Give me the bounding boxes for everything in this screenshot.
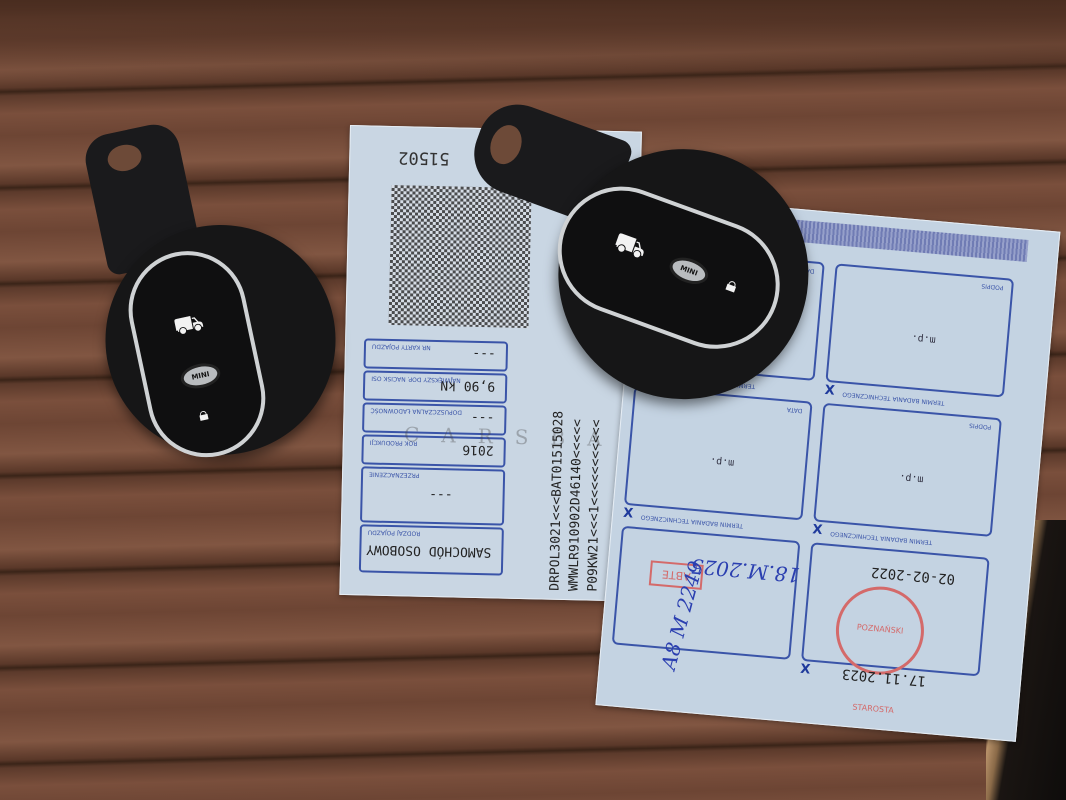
inspection-cell: PODPISm.p.XTERMIN BADANIA TECHNICZNEGO: [825, 263, 1014, 397]
inspection-cell-stamped: 02-02-2022 POZNAŃSKI STAROSTA 17.11.2023…: [801, 542, 990, 676]
trunk-icon: ⛟: [171, 307, 207, 344]
document-serial: 51502: [398, 147, 450, 168]
trunk-icon: ⛟: [608, 227, 650, 270]
mini-logo-icon: MINI: [178, 360, 222, 392]
lock-icon: 🔒︎: [723, 271, 741, 297]
field-purpose: ---PRZEZNACZENIE: [360, 466, 505, 525]
official-seal: POZNAŃSKI STAROSTA: [832, 583, 927, 678]
field-vehicle-type: SAMOCHÓD OSOBOWYRODZAJ POJAZDU: [359, 524, 504, 575]
mini-logo-icon: MINI: [666, 253, 712, 289]
inspection-cell: PODPISm.p.XTERMIN BADANIA TECHNICZNEGO: [813, 403, 1002, 537]
field-axle-load: 9,90 kNNAJWIĘKSZY DOP. NACISK OSI: [363, 370, 508, 403]
inspection-cell-stamped: ABTE A8 M 2249 18.M.2025: [612, 526, 801, 660]
inspection-date: 02-02-2022: [870, 564, 955, 587]
handwritten-note: 18.M.2025: [690, 554, 801, 587]
lock-icon: 🔒︎: [197, 403, 211, 426]
wood-shadow: [0, 0, 1066, 80]
